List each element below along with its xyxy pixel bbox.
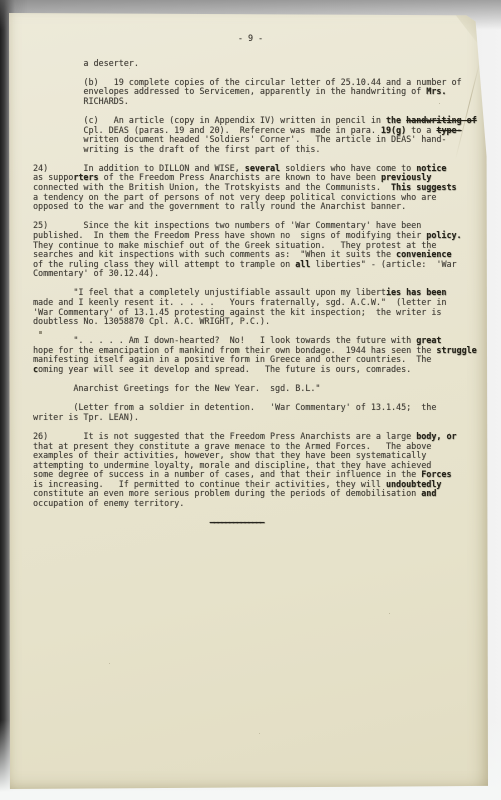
text-line: coming year will see it develop and spre… [33,365,484,375]
text-line: writer is Tpr. LEAN). [33,413,484,423]
page-number: - 9 - [25,34,476,44]
heavy-ink-text: and [421,488,436,498]
text-line: RICHARDS. [33,97,484,107]
heavy-ink-text: Mrs. [426,86,446,96]
heavy-ink-text: convenience [396,249,451,259]
text-line: opposed to the war and the government to… [33,202,484,212]
text-line: Anarchist Greetings for the New Year. sg… [33,384,484,394]
scan-background: - 9 - a deserter. (b) 19 complete copies… [0,0,501,800]
heavy-ink-text: all [295,259,310,269]
heavy-ink-text: policy. [426,230,461,240]
struck-out-text: handwriting of [406,115,477,125]
para-deserter: a deserter. [33,59,484,69]
end-rule: —————————————— [11,518,462,528]
text-line: doubtless No. 13058870 Cpl. A.C. WRIGHT,… [33,317,484,327]
para-24: 24) In addition to DILLON and WISE, seve… [33,164,484,212]
heavy-ink-text: Forces [421,469,451,479]
text-line: writing is the draft of the first part o… [33,145,484,155]
para-quote-wright: "I feel that a completely unjustifiable … [33,288,484,326]
paper-specks [9,13,10,14]
heavy-ink-text: This suggests [391,182,457,192]
heavy-ink-text: the [386,115,401,125]
document-page: - 9 - a deserter. (b) 19 complete copies… [9,13,488,789]
para-letter-note: (Letter from a soldier in detention. 'Wa… [33,403,484,422]
paragraphs-container: a deserter. (b) 19 complete copies of th… [33,59,484,509]
para-item-b: (b) 19 complete copies of the circular l… [33,78,484,107]
heavy-ink-text: undoubtedly [386,479,441,489]
heavy-ink-text: great [416,335,441,345]
struck-out-text: type- [436,125,461,135]
heavy-ink-text: 19(g) [381,125,406,135]
heavy-ink-text: body, or [416,431,456,441]
para-quote-detention: ". . . . . Am I down-hearted? No! I look… [33,336,484,374]
heavy-ink-text: struggle [436,345,476,355]
text-line: occupation of enemy territory. [33,499,484,509]
para-item-c: (c) An article (copy in Appendix IV) wri… [33,116,484,154]
text-line: a deserter. [33,59,484,69]
para-26: 26) It is not suggested that the Freedom… [33,432,484,509]
heavy-ink-text: c [33,364,38,374]
text-line: Commentary' of 30.12.44). [33,269,484,279]
heavy-ink-text: ies has been [386,287,447,297]
heavy-ink-text: previously [381,172,431,182]
heavy-ink-text: rters [73,172,98,182]
document-text: - 9 - a deserter. (b) 19 complete copies… [33,34,484,528]
para-greeting: Anarchist Greetings for the New Year. sg… [33,384,484,394]
para-25: 25) Since the kit inspections two number… [33,221,484,279]
